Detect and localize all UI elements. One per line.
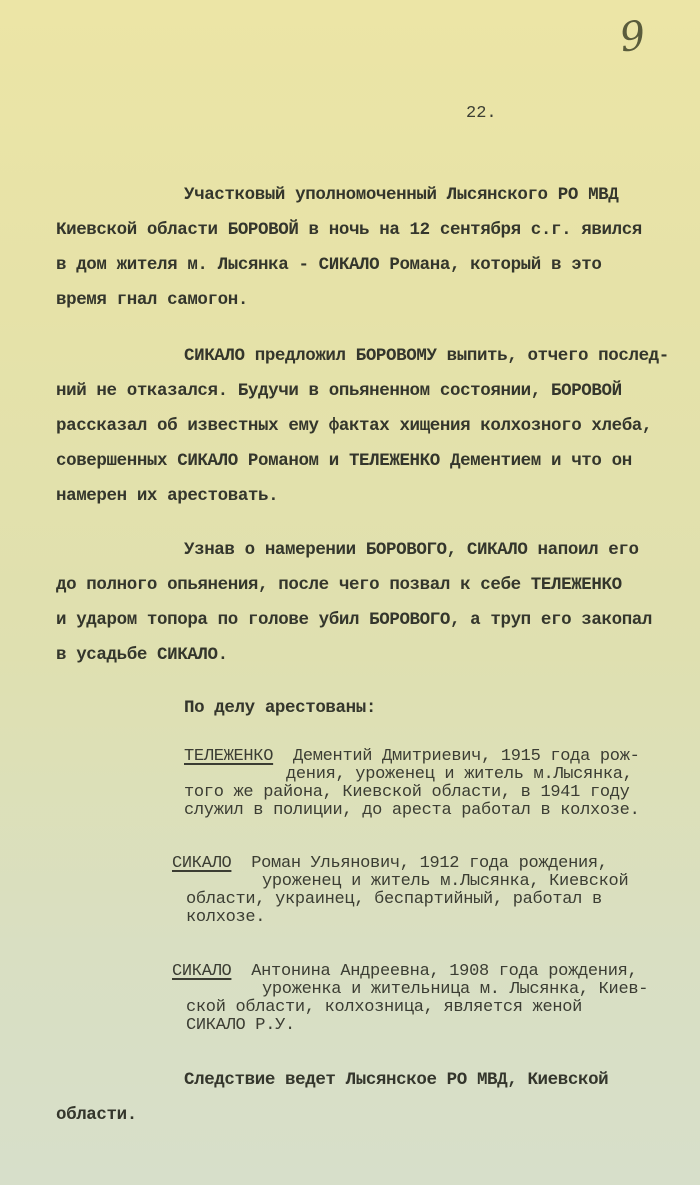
page-number: 22. xyxy=(466,104,497,123)
paragraph-investigation: Следствие ведет Лысянское РО МВД, Киевск… xyxy=(56,1063,692,1098)
text-line: в дом жителя м. Лысянка - СИКАЛО Романа,… xyxy=(56,248,692,283)
paragraph-conversation: СИКАЛО предложил БОРОВОМУ выпить, отчего… xyxy=(56,339,692,514)
surname: ТЕЛЕЖЕНКО xyxy=(184,747,273,766)
arrested-heading: По делу арестованы: xyxy=(56,691,692,726)
surname: СИКАЛО xyxy=(172,962,231,981)
text-line: того же района, Киевской области, в 1941… xyxy=(184,784,640,802)
text-line: СИКАЛО предложил БОРОВОМУ выпить, отчего… xyxy=(56,339,692,374)
handwritten-folio-mark: 9 xyxy=(617,12,649,61)
text-line: рассказал об известных ему фактах хищени… xyxy=(56,409,692,444)
surname: СИКАЛО xyxy=(172,854,231,873)
document-page: 9 22. Участковый уполномоченный Лысянско… xyxy=(0,0,700,1185)
text-line: ний не отказался. Будучи в опьяненном со… xyxy=(56,374,692,409)
entry-first-line: Антонина Андреевна, 1908 года рождения, xyxy=(251,962,637,981)
paragraph-incident: Участковый уполномоченный Лысянского РО … xyxy=(56,178,692,318)
text-line: в усадьбе СИКАЛО. xyxy=(56,638,692,673)
text-line: время гнал самогон. xyxy=(56,283,692,318)
entry-first-line: Роман Ульянович, 1912 года рождения, xyxy=(251,854,607,873)
paragraph-murder: Узнав о намерении БОРОВОГО, СИКАЛО напои… xyxy=(56,533,692,673)
text-line: По делу арестованы: xyxy=(56,691,692,726)
text-line: дения, уроженец и житель м.Лысянка, xyxy=(184,766,640,784)
text-line: служил в полиции, до ареста работал в ко… xyxy=(184,802,640,820)
text-line: СИКАЛО Р.У. xyxy=(186,1017,648,1035)
text-line: и ударом топора по голове убил БОРОВОГО,… xyxy=(56,603,692,638)
text-line: Узнав о намерении БОРОВОГО, СИКАЛО напои… xyxy=(56,533,692,568)
text-line: Киевской области БОРОВОЙ в ночь на 12 се… xyxy=(56,213,692,248)
paragraph-investigation-end: области. xyxy=(56,1098,692,1133)
text-line: области, украинец, беспартийный, работал… xyxy=(186,891,628,909)
text-line: ской области, колхозница, является женой xyxy=(186,999,648,1017)
text-line: уроженка и жительница м. Лысянка, Киев- xyxy=(172,981,648,999)
entry-first-line: Дементий Дмитриевич, 1915 года рож- xyxy=(293,747,640,766)
text-line: Следствие ведет Лысянское РО МВД, Киевск… xyxy=(56,1063,692,1098)
arrested-entry: ТЕЛЕЖЕНКО Дементий Дмитриевич, 1915 года… xyxy=(184,748,640,820)
arrested-entry: СИКАЛО Роман Ульянович, 1912 года рожден… xyxy=(172,855,628,927)
text-line: колхозе. xyxy=(186,909,628,927)
arrested-entry: СИКАЛО Антонина Андреевна, 1908 года рож… xyxy=(172,963,648,1035)
text-line: до полного опьянения, после чего позвал … xyxy=(56,568,692,603)
text-line: уроженец и житель м.Лысянка, Киевской xyxy=(172,873,628,891)
text-line: совершенных СИКАЛО Романом и ТЕЛЕЖЕНКО Д… xyxy=(56,444,692,479)
text-line: области. xyxy=(56,1098,692,1133)
text-line: намерен их арестовать. xyxy=(56,479,692,514)
text-line: Участковый уполномоченный Лысянского РО … xyxy=(56,178,692,213)
